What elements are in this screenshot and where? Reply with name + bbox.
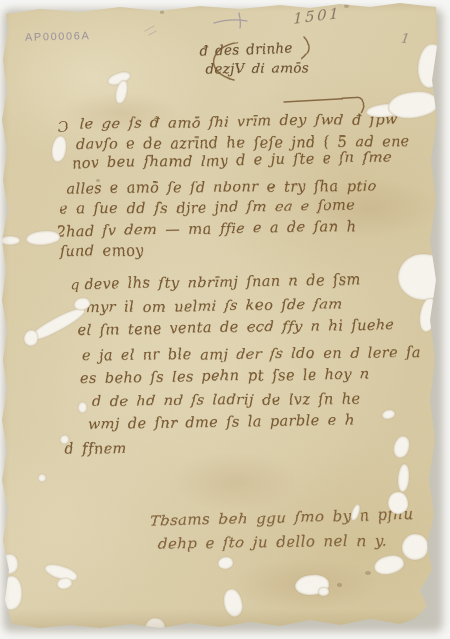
paragraph-marker: Ɔ <box>58 121 69 135</box>
manuscript-line: deve lhs ſty nbrīmj ſnan n de ſsm <box>84 273 361 292</box>
manuscript-scan: đ des drinhe dezjV di amōs Ɔ le ge ſs đ … <box>0 0 450 639</box>
manuscript-line: 2had ſv dem — ma ffie e a de ſan h <box>56 220 356 240</box>
manuscript-page: đ des drinhe dezjV di amōs Ɔ le ge ſs đ … <box>0 0 450 639</box>
paper-speck <box>365 571 371 575</box>
damage-patch <box>318 587 329 596</box>
heading-line-1: đ des drinhe <box>200 43 294 60</box>
damage-patch <box>0 236 20 245</box>
overline-bracket <box>284 98 363 112</box>
damage-patch <box>60 435 69 444</box>
manuscript-line: el ſm tene venta de ecd ffy n hi ſuehe <box>78 318 394 339</box>
manuscript-line: e a ſue dd ſs djre jnd ſm ea e ſome <box>60 199 356 218</box>
manuscript-line: wmj de ſnr dme ſs la parble e h <box>88 413 355 432</box>
manuscript-line: d de hd nd ſs ladrij de lvz ſn he <box>92 392 361 409</box>
manuscript-line: ſund emoy <box>60 244 144 259</box>
manuscript-line: d ffnem <box>64 442 126 457</box>
manuscript-line: e ja el nr ble amj der ſs ldo en d lere … <box>82 346 421 363</box>
paragraph-marker: q <box>70 278 79 292</box>
manuscript-line: Tbsams beh ggu ſmo by n pfhu <box>150 507 414 529</box>
heading-tick-flourish <box>302 37 309 59</box>
paper-speck <box>96 179 100 182</box>
heading-line-2: dezjV di amōs <box>206 62 309 77</box>
manuscript-line: dehp e ſto ju dello nel n y. <box>158 533 387 552</box>
archive-stamp: AP00006A <box>25 31 91 44</box>
damage-patch <box>38 474 46 482</box>
manuscript-line: le ge ſs đ amō ſhi vrīm dey ſwd đ ſpw <box>80 112 398 132</box>
paper-speck <box>337 583 342 587</box>
manuscript-line: nov beu ſhamd lmy d e ju ſte e ſn ſme <box>72 150 392 171</box>
paper-speck <box>344 4 349 8</box>
damage-patch <box>78 402 87 413</box>
manuscript-line: alles e amō ſe ſd nbonr e try ſha ptio <box>66 180 377 197</box>
manuscript-line: myr il om uelmi ſs keo ſde ſam <box>86 298 343 316</box>
manuscript-line: es beho ſs les pehn pt ſse le hoy n <box>80 367 370 386</box>
